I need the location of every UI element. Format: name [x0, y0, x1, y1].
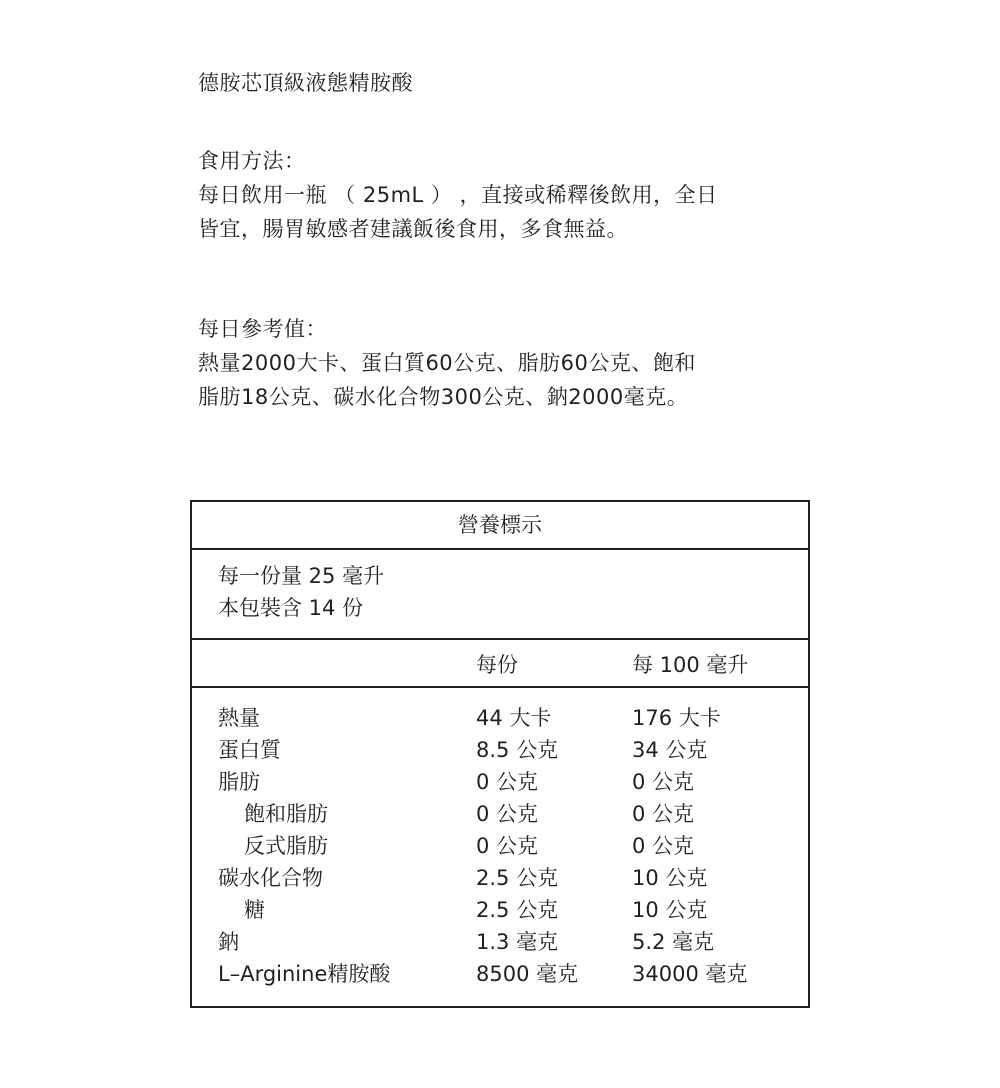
nutrient-per-serving: 0 公克 — [476, 830, 538, 862]
usage-heading: 食用方法： — [198, 144, 718, 178]
column-header-per-serving: 每份 — [476, 642, 518, 688]
nutrient-row-trans-fat: 反式脂肪 0 公克 0 公克 — [192, 830, 808, 862]
nutrient-label: 飽和脂肪 — [244, 798, 328, 830]
nutrient-per-100ml: 0 公克 — [632, 798, 694, 830]
nutrient-row-fat: 脂肪 0 公克 0 公克 — [192, 766, 808, 798]
nutrient-per-100ml: 5.2 毫克 — [632, 926, 714, 958]
nutrient-per-serving: 8500 毫克 — [476, 958, 578, 990]
nutrient-row-saturated-fat: 飽和脂肪 0 公克 0 公克 — [192, 798, 808, 830]
usage-line: 每日飲用一瓶 （ 25mL ） ，直接或稀釋後飲用，全日 — [198, 178, 718, 212]
nutrient-label: 脂肪 — [218, 766, 260, 798]
nutrient-row-sugar: 糖 2.5 公克 10 公克 — [192, 894, 808, 926]
nutrient-per-serving: 8.5 公克 — [476, 734, 558, 766]
nutrient-row-energy: 熱量 44 大卡 176 大卡 — [192, 702, 808, 734]
daily-reference-heading: 每日參考值： — [198, 312, 696, 346]
nutrient-per-100ml: 10 公克 — [632, 894, 707, 926]
nutrition-facts-table: 營養標示 每一份量 25 毫升 本包裝含 14 份 每份 每 100 毫升 熱量… — [190, 500, 810, 1008]
nutrient-row-carbohydrate: 碳水化合物 2.5 公克 10 公克 — [192, 862, 808, 894]
column-header-per-100ml: 每 100 毫升 — [632, 642, 748, 688]
nutrient-rows: 熱量 44 大卡 176 大卡 蛋白質 8.5 公克 34 公克 脂肪 0 公克… — [192, 702, 808, 990]
nutrient-row-l-arginine: L–Arginine精胺酸 8500 毫克 34000 毫克 — [192, 958, 808, 990]
table-divider — [192, 638, 808, 640]
nutrient-per-100ml: 176 大卡 — [632, 702, 721, 734]
nutrient-per-100ml: 34 公克 — [632, 734, 707, 766]
nutrient-label: L–Arginine精胺酸 — [218, 958, 390, 990]
daily-reference-section: 每日參考值： 熱量2000大卡、蛋白質60公克、脂肪60公克、飽和 脂肪18公克… — [198, 312, 696, 414]
table-divider — [192, 548, 808, 550]
table-divider — [192, 686, 808, 688]
nutrient-per-serving: 44 大卡 — [476, 702, 551, 734]
nutrient-label: 蛋白質 — [218, 734, 281, 766]
nutrient-label: 碳水化合物 — [218, 862, 323, 894]
nutrient-per-100ml: 10 公克 — [632, 862, 707, 894]
nutrient-per-100ml: 0 公克 — [632, 830, 694, 862]
daily-reference-line: 熱量2000大卡、蛋白質60公克、脂肪60公克、飽和 — [198, 346, 696, 380]
nutrient-per-100ml: 34000 毫克 — [632, 958, 747, 990]
nutrient-row-sodium: 鈉 1.3 毫克 5.2 毫克 — [192, 926, 808, 958]
nutrient-label: 反式脂肪 — [244, 830, 328, 862]
nutrient-label: 熱量 — [218, 702, 260, 734]
product-title-text: 德胺芯頂級液態精胺酸 — [198, 66, 413, 100]
column-header-row: 每份 每 100 毫升 — [192, 642, 808, 688]
nutrient-per-serving: 2.5 公克 — [476, 862, 558, 894]
nutrient-per-100ml: 0 公克 — [632, 766, 694, 798]
nutrient-per-serving: 2.5 公克 — [476, 894, 558, 926]
nutrient-label: 糖 — [244, 894, 265, 926]
serving-size: 每一份量 25 毫升 — [218, 560, 808, 592]
nutrient-row-protein: 蛋白質 8.5 公克 34 公克 — [192, 734, 808, 766]
nutrient-per-serving: 0 公克 — [476, 798, 538, 830]
servings-per-pack: 本包裝含 14 份 — [218, 592, 808, 624]
usage-line: 皆宜，腸胃敏感者建議飯後食用，多食無益。 — [198, 212, 718, 246]
nutrient-per-serving: 1.3 毫克 — [476, 926, 558, 958]
daily-reference-line: 脂肪18公克、碳水化合物300公克、鈉2000毫克。 — [198, 380, 696, 414]
nutrition-title: 營養標示 — [192, 502, 808, 549]
product-title: 德胺芯頂級液態精胺酸 — [198, 66, 413, 100]
nutrient-per-serving: 0 公克 — [476, 766, 538, 798]
serving-info: 每一份量 25 毫升 本包裝含 14 份 — [218, 560, 808, 624]
usage-section: 食用方法： 每日飲用一瓶 （ 25mL ） ，直接或稀釋後飲用，全日 皆宜，腸胃… — [198, 144, 718, 246]
nutrient-label: 鈉 — [218, 926, 239, 958]
